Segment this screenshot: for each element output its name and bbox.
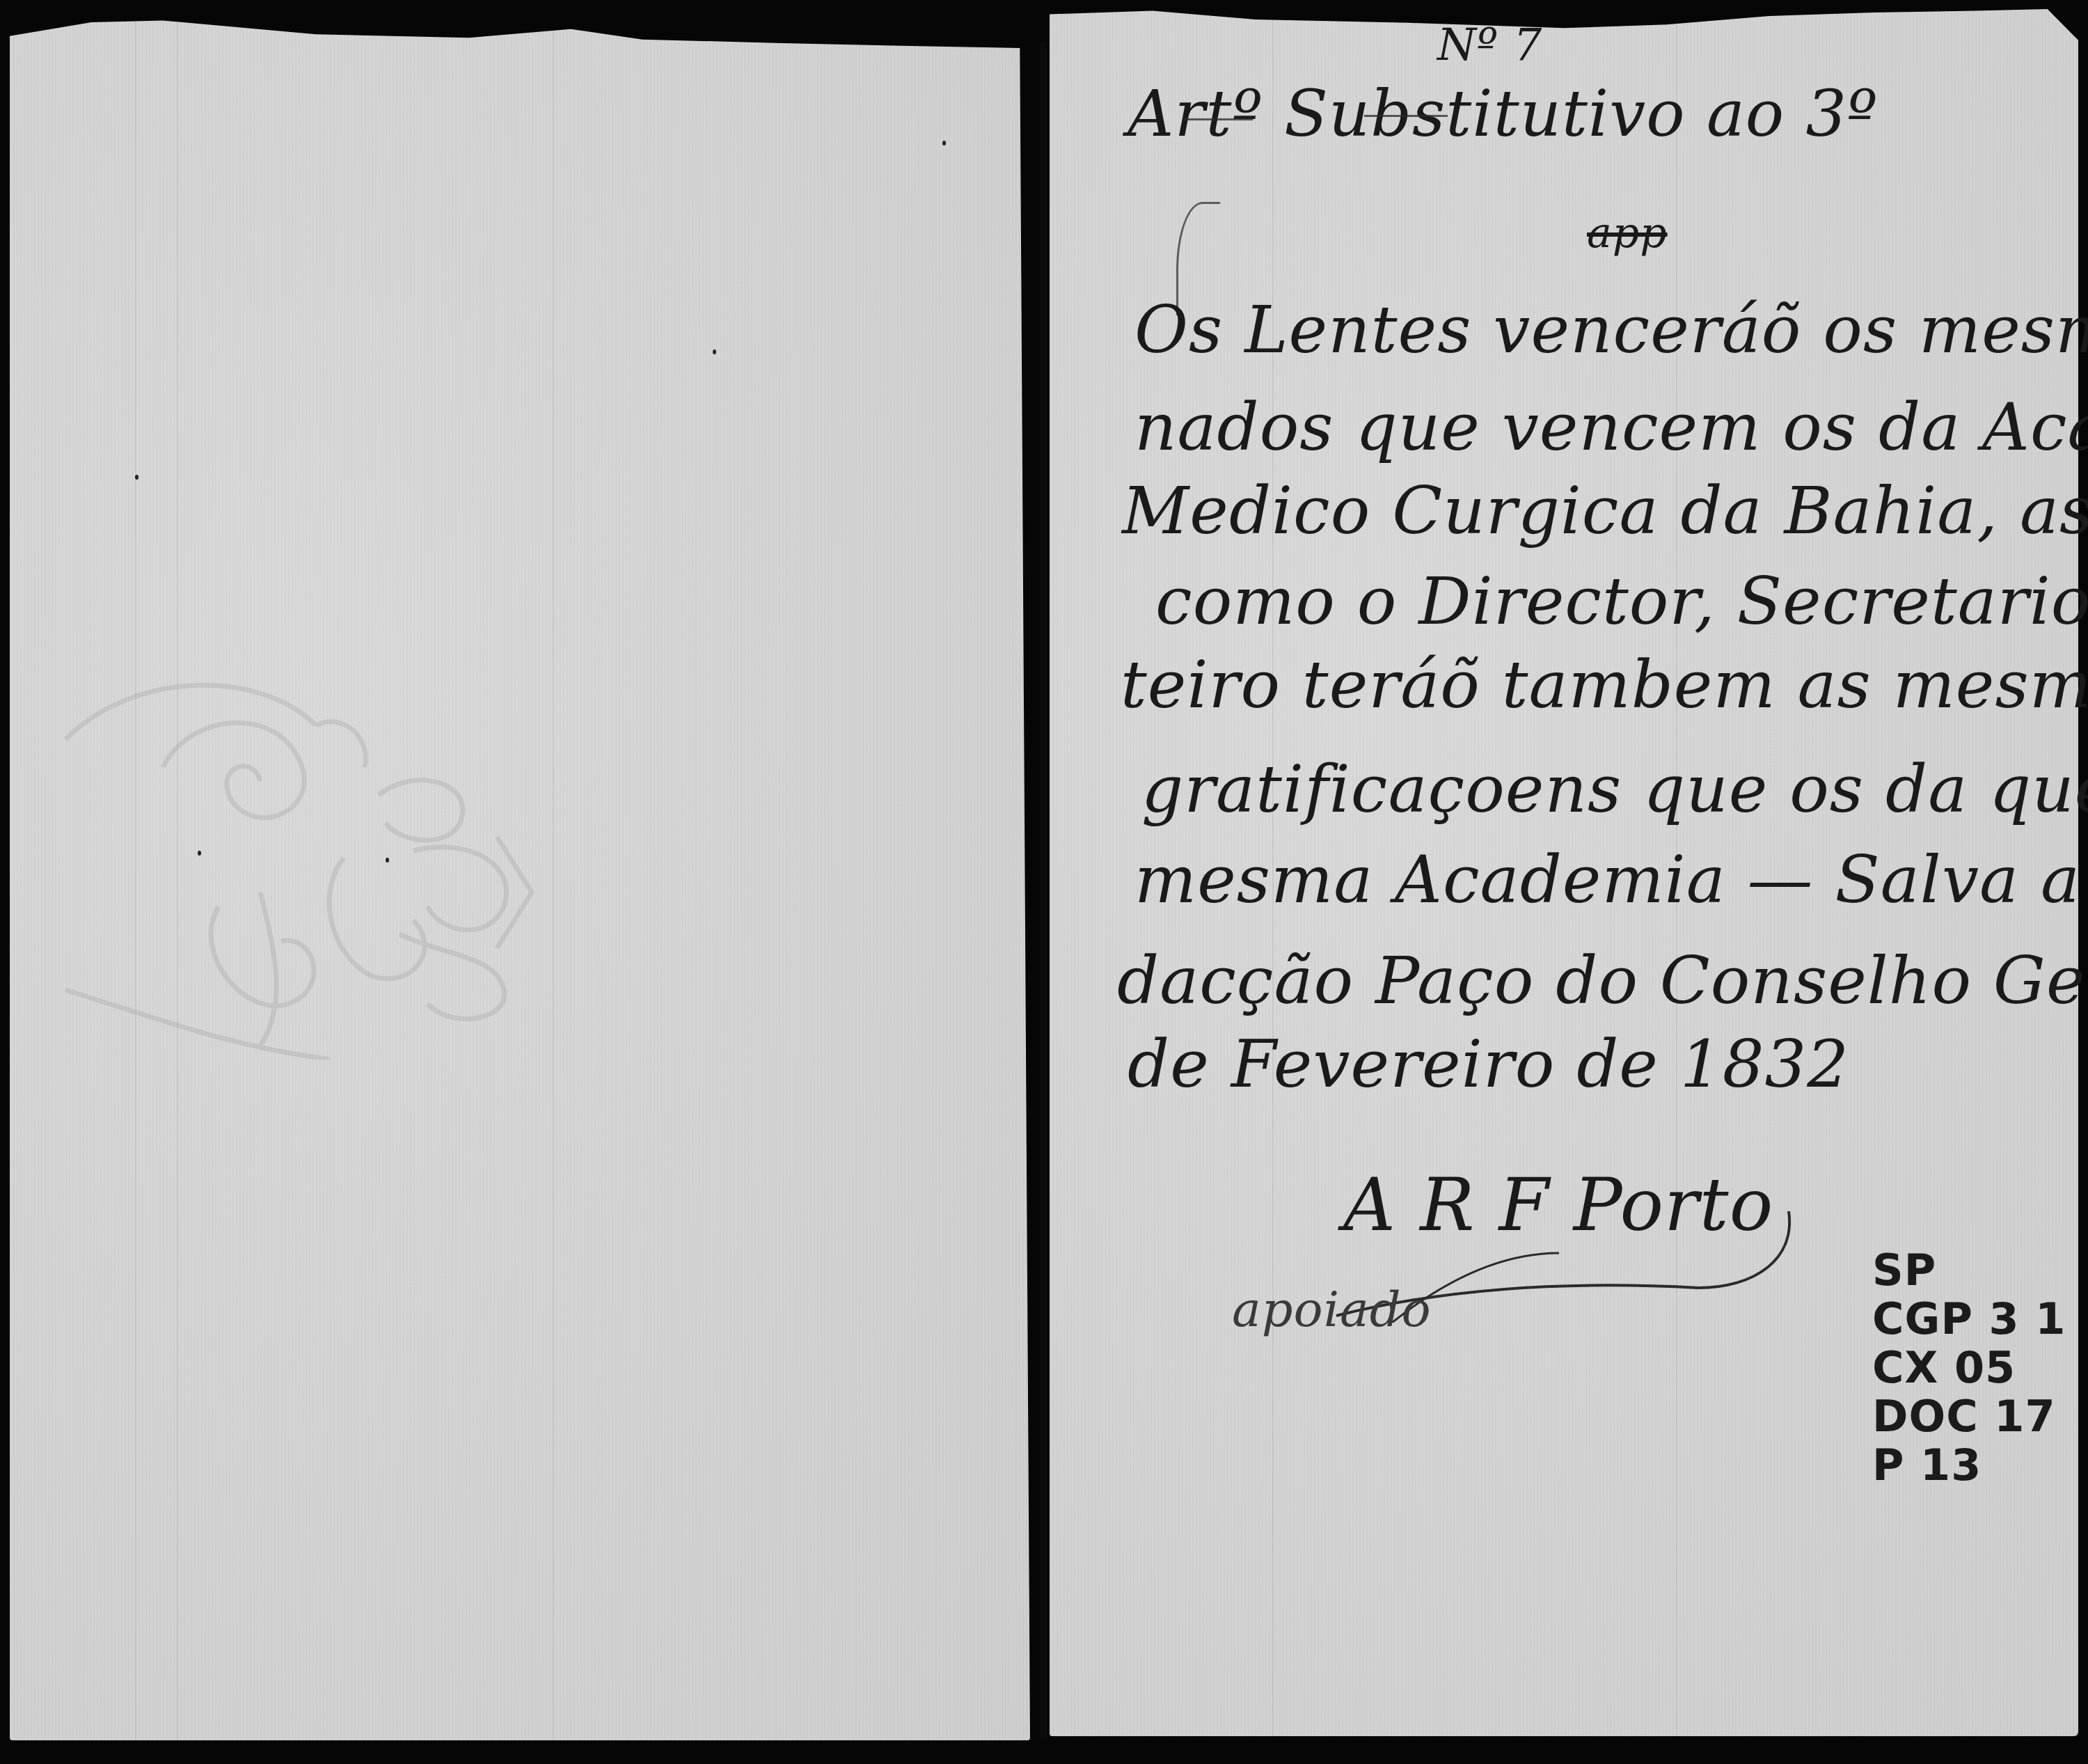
insertion-note: app bbox=[1587, 209, 1668, 258]
stamp-line: P 13 bbox=[1872, 1441, 2053, 1490]
paper-speck bbox=[198, 851, 201, 856]
stamp-line: SP bbox=[1872, 1246, 2053, 1295]
archive-stamp: SP CGP 3 1 CX 05 DOC 17 P 13 bbox=[1872, 1246, 2053, 1490]
scan-background: Nº 7 Artº Substitutivo ao 3º app Os Lent… bbox=[0, 0, 2088, 1764]
page-gutter bbox=[1040, 42, 1047, 1740]
paper-speck bbox=[942, 141, 946, 145]
body-line: nados que vencem os da Academia bbox=[1134, 390, 2088, 466]
stamp-line: CGP 3 1 bbox=[1872, 1295, 2053, 1344]
heading-underline-mark bbox=[1364, 115, 1448, 117]
ornamental-watermark-icon bbox=[52, 628, 553, 1060]
document-number: Nº 7 bbox=[1437, 19, 1542, 71]
body-line: Medico Curgica da Bahia, assim bbox=[1122, 473, 2088, 549]
body-line: dacção Paço do Conselho Geral 11 bbox=[1117, 943, 2088, 1019]
body-line: como o Director, Secretario, e Por- bbox=[1155, 564, 2088, 640]
body-line: Os Lentes venceráõ os mesmos orde- bbox=[1134, 292, 2088, 368]
paper-speck bbox=[386, 858, 389, 863]
body-line: teiro teráõ tambem as mesmas bbox=[1121, 647, 2088, 723]
paper-speck bbox=[713, 349, 716, 354]
left-page bbox=[10, 15, 1030, 1740]
body-line: mesma Academia — Salva a Re- bbox=[1134, 842, 2088, 918]
paper-speck bbox=[135, 475, 139, 480]
paper-chain-line bbox=[553, 15, 554, 1740]
stamp-line: DOC 17 bbox=[1872, 1392, 2053, 1441]
document-heading: Artº Substitutivo ao 3º bbox=[1128, 77, 1878, 151]
body-line: de Fevereiro de 1832 bbox=[1128, 1027, 1849, 1103]
approval-annotation: apoiado bbox=[1232, 1281, 1432, 1338]
heading-underline-mark bbox=[1183, 118, 1253, 120]
stamp-line: CX 05 bbox=[1872, 1344, 2053, 1392]
body-line: gratificaçoens que os da quella bbox=[1141, 752, 2088, 828]
